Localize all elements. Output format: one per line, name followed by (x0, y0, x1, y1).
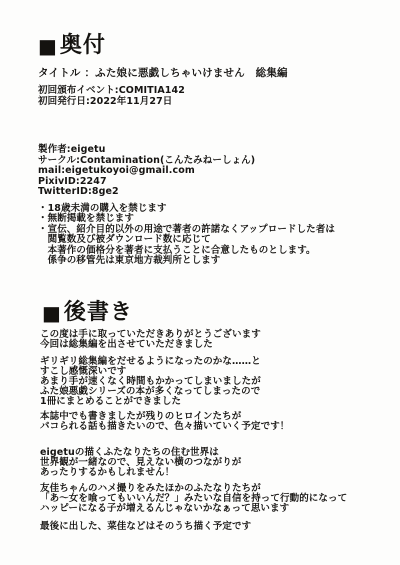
author-credits: 製作者:eigetuサークル:Contamination(こんたみねーしょん)m… (38, 145, 380, 198)
afterword-paragraph-closing: 最後に出した、菜佳などはそのうち描く予定です (40, 522, 380, 532)
credit-line: TwitterID:8ge2 (38, 187, 380, 198)
notice-line: 係争の移管先は東京地方裁判所とします (38, 256, 380, 267)
afterword-line: 今回は総集編を出させていただきました (40, 340, 380, 350)
afterword-line: 本誌中でも書きましたが残りのヒロインたちが (40, 412, 380, 422)
legal-notices: ・18歳未満の購入を禁じます・無断掲載を禁じます・宣伝、紹介目的以外の用途で著者… (38, 204, 380, 267)
credit-line: mail:eigetukoyoi@gmail.com (38, 166, 380, 177)
afterword-line: パコられる話も描きたいので、色々描いていく予定です！ (40, 422, 380, 432)
afterword-heading: ■ 後書き (42, 301, 380, 325)
afterword-line: 友佳ちゃんのハメ撮りをみたほかのふたなりたちが (40, 484, 380, 494)
afterword-line: あまり手が速くなく時間もかかってしまいましたが (40, 377, 380, 387)
publication-line: 初回頒布イベント:COMITIA142 (38, 86, 380, 97)
publication-line: 初回発行日:2022年11月27日 (38, 97, 380, 108)
afterword-paragraph-thanks: この度は手に取っていただきありがとうございます今回は総集編を出させていただきまし… (40, 330, 380, 350)
afterword-paragraph-shared-world: eigetuの描くふたなりたちの住む世界は世界観が一緒なので、見えない横のつなが… (40, 448, 380, 478)
afterword-paragraph-future-plans: 本誌中でも書きましたが残りのヒロインたちがパコられる話も描きたいので、色々描いて… (40, 412, 380, 432)
colophon-afterword-page: ■ 奥付 タイトル ：ふた娘に悪戯しちゃいけません 総集編 初回頒布イベント:C… (0, 0, 400, 565)
colophon-heading: ■ 奥付 (38, 34, 380, 58)
notice-line: 閲覧数及び被ダウンロード数に応じて (38, 235, 380, 246)
afterword-paragraph-compilation: ギリギリ総集編をだせるようになったのかな……とすこし感慨深いですあまり手が速くな… (40, 357, 380, 407)
afterword-line: 最後に出した、菜佳などはそのうち描く予定です (40, 522, 380, 532)
afterword-paragraph-characters: 友佳ちゃんのハメ撮りをみたほかのふたなりたちが「あ〜女を喰ってもいいんだ？」みた… (40, 484, 380, 514)
colophon-heading-text: 奥付 (60, 34, 106, 58)
afterword-line: 「あ〜女を喰ってもいいんだ？」みたいな自信を持って行動的になって (40, 494, 380, 504)
black-square-icon: ■ (42, 301, 62, 325)
afterword-line: ハッピーになる子が増えるんじゃないかなぁって思います (40, 504, 380, 514)
afterword-line: 世界観が一緒なので、見えない横のつながりが (40, 458, 380, 468)
title-line: タイトル ：ふた娘に悪戯しちゃいけません 総集編 (38, 68, 380, 79)
black-square-icon: ■ (38, 34, 58, 58)
notice-line: ・無断掲載を禁じます (38, 214, 380, 225)
afterword-line: eigetuの描くふたなりたちの住む世界は (40, 448, 380, 458)
afterword-line: この度は手に取っていただきありがとうございます (40, 330, 380, 340)
publication-info: 初回頒布イベント:COMITIA142初回発行日:2022年11月27日 (38, 86, 380, 107)
afterword-line: ギリギリ総集編をだせるようになったのかな……と (40, 357, 380, 367)
afterword-heading-text: 後書き (64, 301, 133, 325)
credit-line: 製作者:eigetu (38, 145, 380, 156)
afterword-line: 1冊にまとめることができました (40, 397, 380, 407)
afterword-line: すこし感慨深いです (40, 367, 380, 377)
afterword-line: ふた娘悪戯シリーズの本が多くなってしまったので (40, 387, 380, 397)
afterword-line: あったりするかもしれません！ (40, 468, 380, 478)
